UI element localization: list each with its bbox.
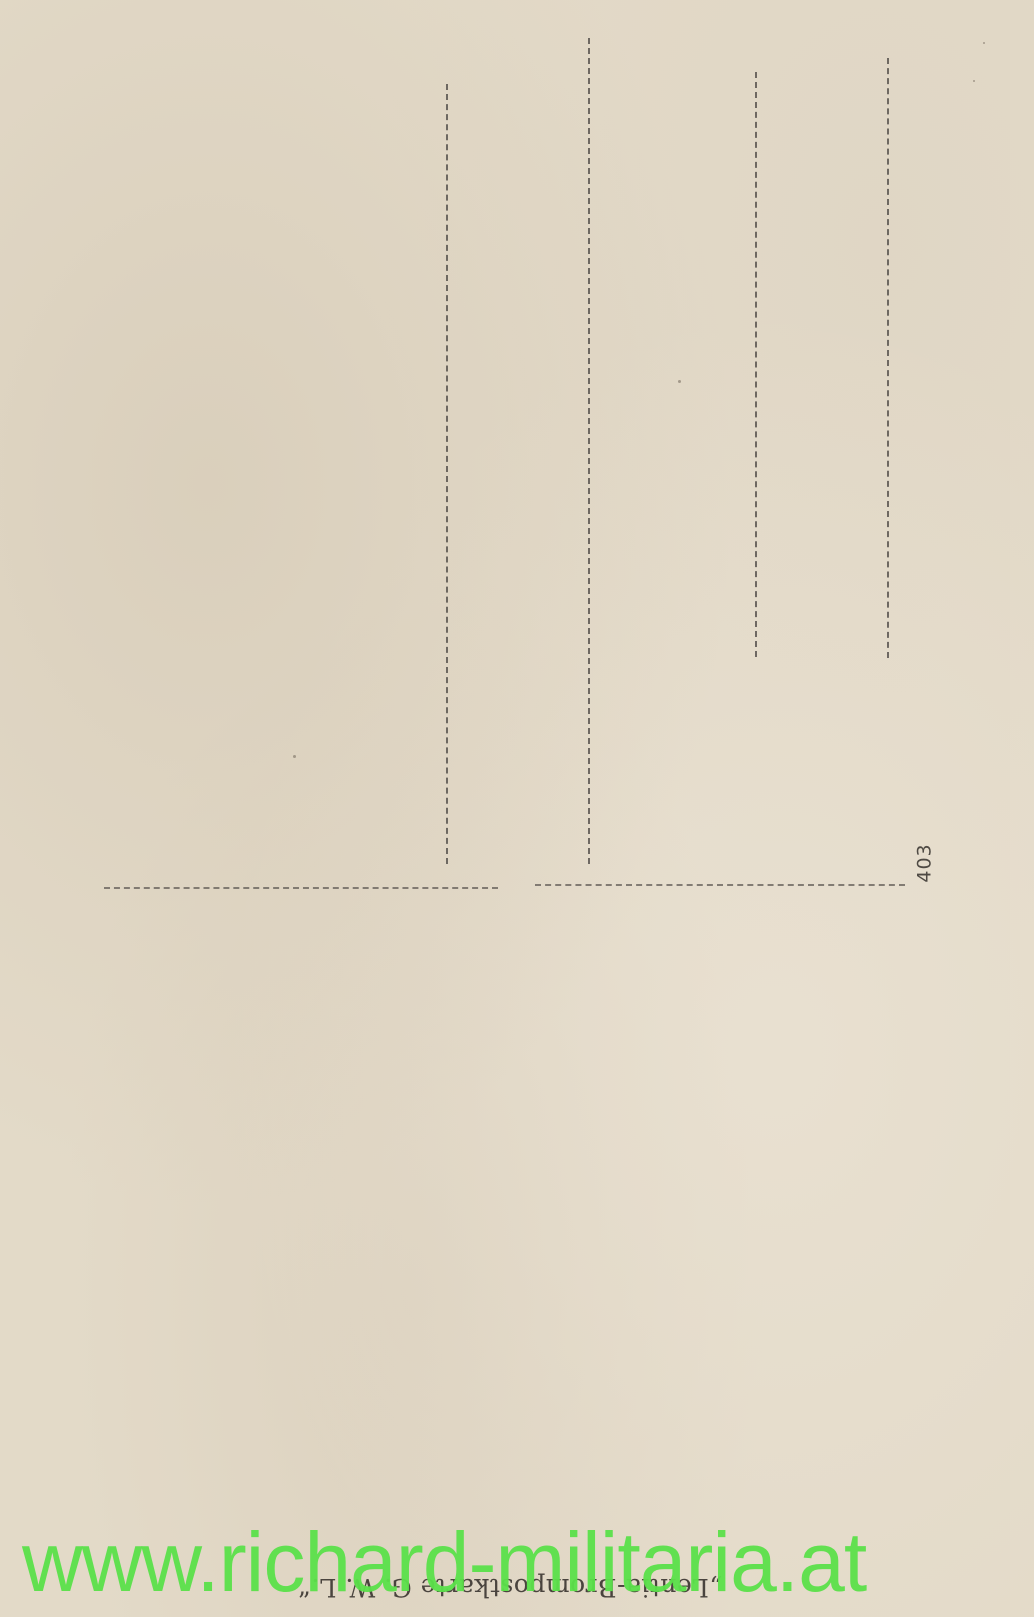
address-line-3 (755, 72, 757, 657)
paper-speck (678, 380, 681, 383)
paper-speck (293, 755, 296, 758)
address-line-2 (588, 38, 590, 864)
serial-number: 403 (914, 843, 936, 882)
divider-line-right (535, 884, 905, 886)
watermark-text: www.richard-militaria.at (22, 1520, 866, 1604)
paper-speck (973, 80, 975, 82)
paper-speck (983, 42, 985, 44)
address-line-4 (887, 58, 889, 658)
divider-line-left (104, 887, 498, 889)
postcard-back: 403 „Lentia-Brompostkarte G. W. L.“ www.… (0, 0, 1034, 1617)
address-line-1 (446, 84, 448, 864)
